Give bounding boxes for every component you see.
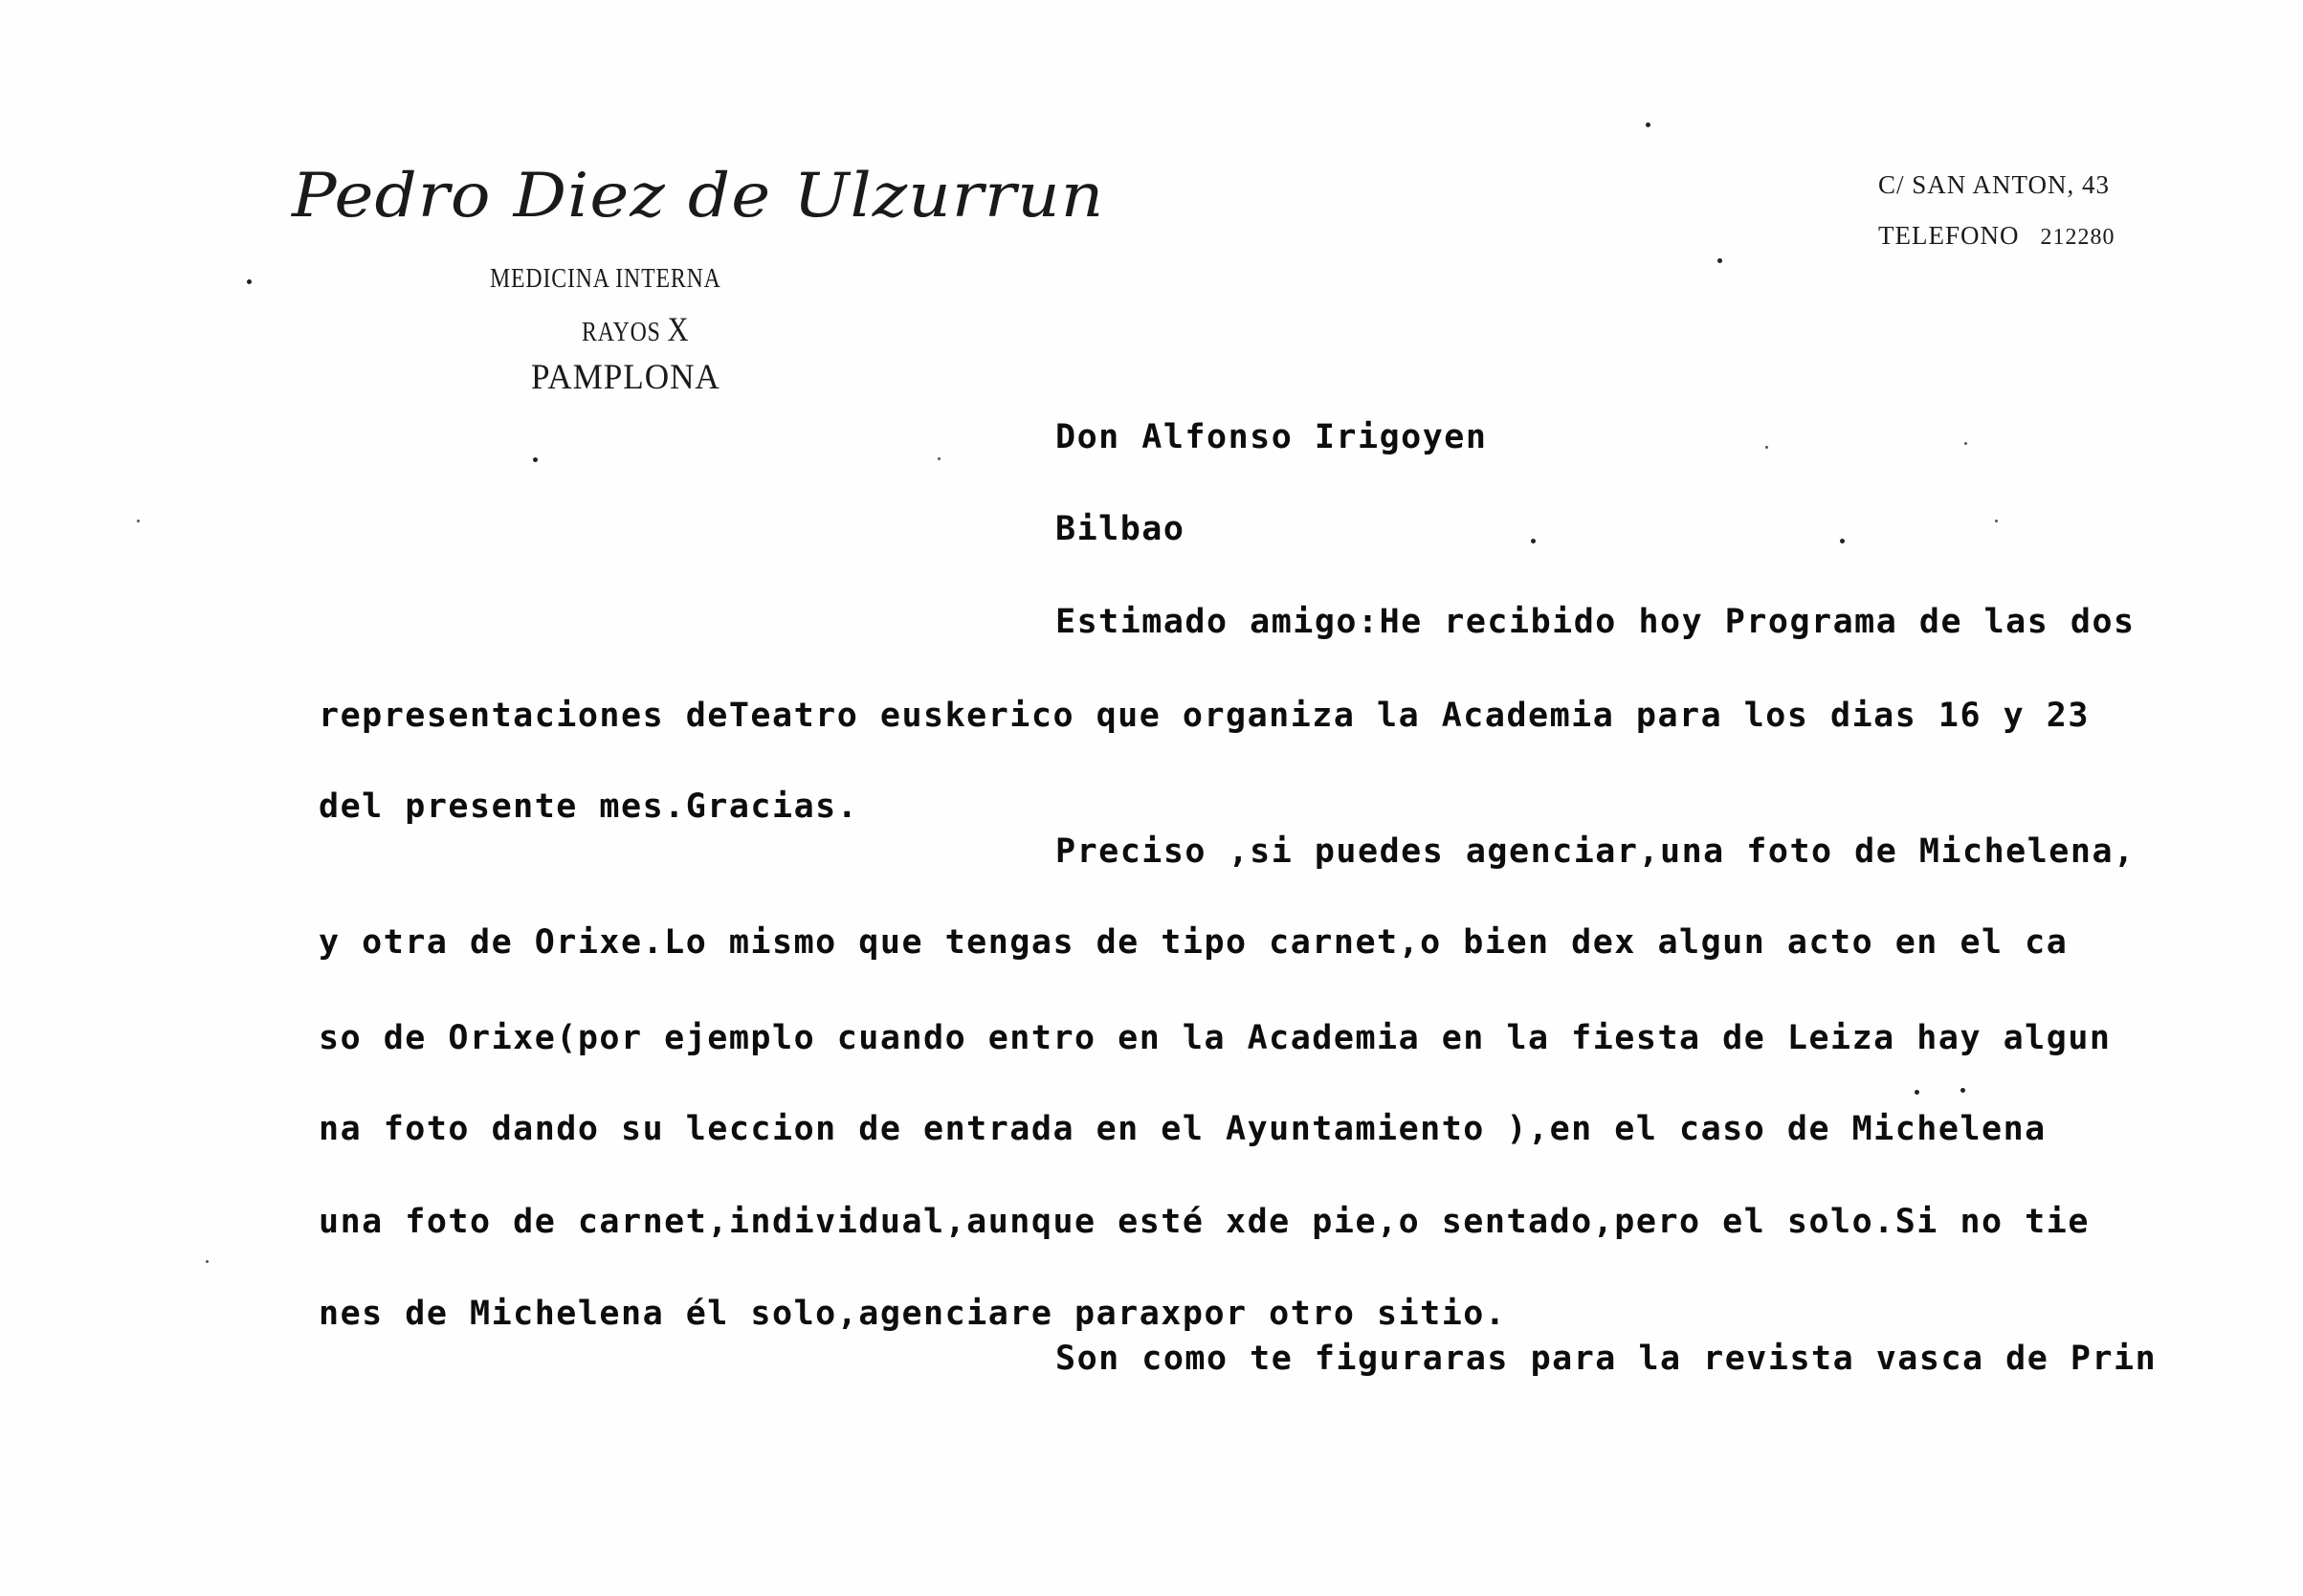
letterhead-city: PAMPLONA: [531, 357, 720, 398]
scan-speck: [1646, 122, 1650, 127]
scan-speck: [206, 1260, 209, 1263]
phone-number: 212280: [2040, 225, 2115, 250]
recipient-name: Don Alfonso Irigoyen: [1055, 418, 1487, 456]
scan-speck: [1915, 1090, 1919, 1095]
scan-speck: [1840, 539, 1845, 543]
body-line: Preciso ,si puedes agenciar,una foto de …: [1055, 832, 2136, 871]
scan-speck: [247, 279, 252, 284]
scan-speck: [1717, 258, 1722, 263]
body-line: representaciones deTeatro euskerico que …: [319, 697, 2090, 735]
phone-label: TELEFONO: [1878, 221, 2019, 250]
scan-speck: [1765, 446, 1768, 449]
body-line: na foto dando su leccion de entrada en e…: [319, 1110, 2047, 1148]
body-line: so de Orixe(por ejemplo cuando entro en …: [319, 1019, 2111, 1057]
rayos-x: X: [668, 310, 690, 348]
body-line: y otra de Orixe.Lo mismo que tengas de t…: [319, 923, 2068, 962]
letterhead-address: C/ SAN ANTON, 43: [1878, 170, 2110, 200]
scan-speck: [1960, 1088, 1965, 1093]
body-line: una foto de carnet,individual,aunque est…: [319, 1203, 2090, 1241]
body-line: Estimado amigo:He recibido hoy Programa …: [1055, 603, 2136, 641]
letterhead-specialty: MEDICINA INTERNA: [490, 264, 721, 295]
letterhead-name: Pedro Diez de Ulzurrun: [292, 161, 1104, 232]
recipient-city: Bilbao: [1055, 510, 1185, 548]
letterhead-phone: TELEFONO212280: [1878, 221, 2115, 251]
letterhead-rayos: RAYOS X: [582, 309, 689, 349]
scan-speck: [938, 457, 941, 460]
scan-speck: [137, 520, 140, 522]
rayos-label: RAYOS: [582, 318, 661, 347]
letter-page: Pedro Diez de Ulzurrun MEDICINA INTERNA …: [0, 0, 2303, 1596]
body-line: Son como te figuraras para la revista va…: [1055, 1340, 2157, 1378]
scan-speck: [1531, 539, 1536, 543]
scan-speck: [1964, 442, 1967, 445]
scan-speck: [1995, 520, 1998, 522]
body-line: del presente mes.Gracias.: [319, 787, 858, 826]
scan-speck: [533, 457, 538, 462]
body-line: nes de Michelena él solo,agenciare parax…: [319, 1295, 1506, 1333]
